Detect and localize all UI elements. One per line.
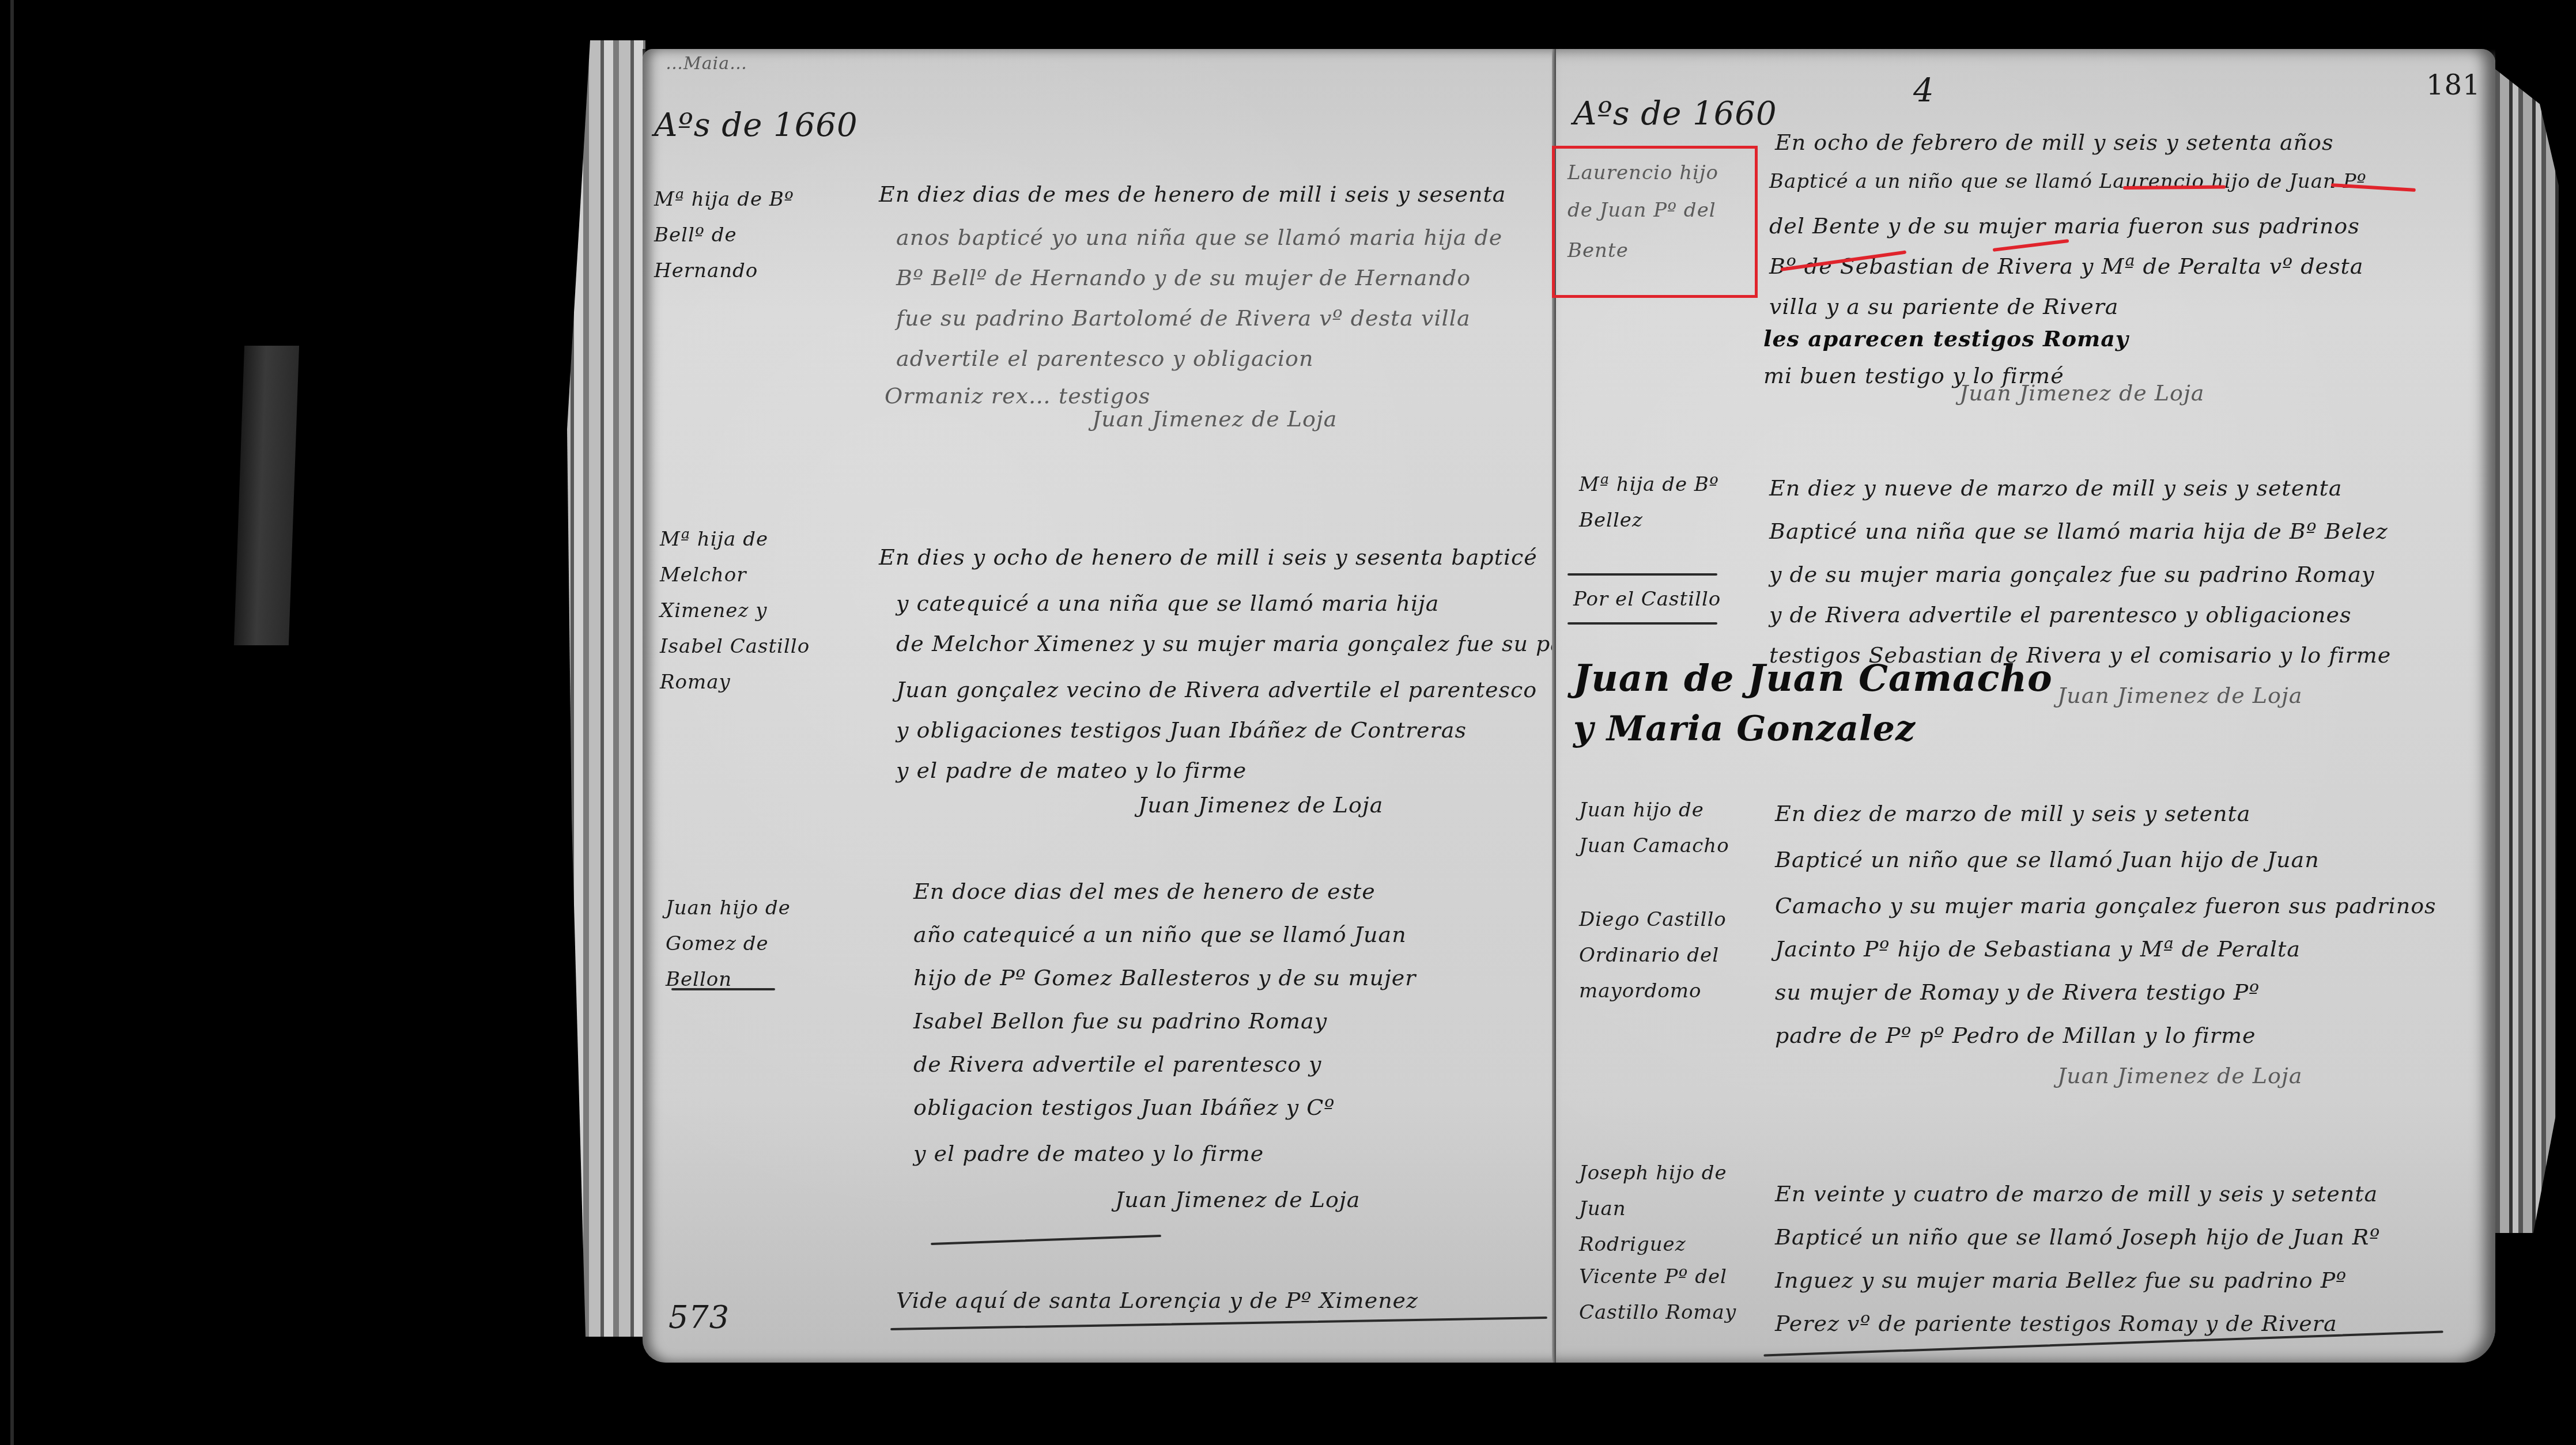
entry-line: de Rivera advertile el parentesco y <box>913 1051 1322 1077</box>
entry-line: y catequicé a una niña que se llamó mari… <box>896 591 1440 616</box>
top-edge-scrawl: …Maia… <box>666 54 747 74</box>
entry-heading: Juan de Juan Camacho <box>1573 657 2053 700</box>
entry-line: Inguez y su mujer maria Bellez fue su pa… <box>1775 1268 2347 1293</box>
entry-line: villa y a su pariente de Rivera <box>1769 294 2119 319</box>
margin-note: Juan hijo de Gomez de Bellon <box>666 890 815 997</box>
bottom-note: Vide aquí de santa Lorençia y de Pº Xime… <box>896 1288 1418 1313</box>
top-mark: 4 <box>1913 72 1935 109</box>
entry-line: En dies y ocho de henero de mill i seis … <box>879 544 1538 570</box>
year-heading: Aºs de 1660 <box>654 107 858 144</box>
entry-line: En doce dias del mes de henero de este <box>913 879 1376 904</box>
signature: Juan Jimenez de Loja <box>2057 683 2302 708</box>
scanner-edge-stripe <box>10 0 14 1445</box>
right-page-edges <box>2495 69 2559 1233</box>
highlight-box <box>1552 146 1758 298</box>
side-label: Vicente Pº del Castillo Romay <box>1579 1259 1752 1330</box>
entry-line: del Bente y de su mujer maria fueron sus… <box>1769 213 2360 239</box>
entry-line: Ormaniz rex… testigos <box>885 383 1150 408</box>
entry-line: les aparecen testigos Romay <box>1763 326 2129 351</box>
entry-line: y obligaciones testigos Juan Ibáñez de C… <box>896 717 1467 743</box>
margin-note: Mª hija de Melchor Ximenez y Isabel Cast… <box>660 521 821 700</box>
margin-rule <box>1567 622 1717 625</box>
entry-line: y el padre de mateo y lo firme <box>913 1141 1264 1166</box>
entry-line: Juan gonçalez vecino de Rivera advertile… <box>896 677 1537 702</box>
signature: Juan Jimenez de Loja <box>1115 1187 1360 1212</box>
entry-line: advertile el parentesco y obligacion <box>896 346 1313 371</box>
entry-line: En diez y nueve de marzo de mill y seis … <box>1769 475 2343 501</box>
entry-line: y de Rivera advertile el parentesco y ob… <box>1769 602 2351 627</box>
entry-heading: y Maria Gonzalez <box>1573 709 1916 749</box>
entry-line: obligacion testigos Juan Ibáñez y Cº <box>913 1095 1335 1120</box>
entry-line: Camacho y su mujer maria gonçalez fueron… <box>1775 893 2437 918</box>
signature: Juan Jimenez de Loja <box>1959 380 2204 406</box>
margin-note: Mª hija de Bº Bellez <box>1579 467 1740 538</box>
entry-line: En diez de marzo de mill y seis y setent… <box>1775 801 2251 826</box>
signature: Juan Jimenez de Loja <box>2057 1063 2302 1088</box>
entry-line: Bapticé un niño que se llamó Joseph hijo… <box>1775 1224 2380 1250</box>
entry-line: su mujer de Romay y de Rivera testigo Pº <box>1775 979 2260 1005</box>
bottom-rule <box>890 1317 1547 1330</box>
entry-line: Bº Bellº de Hernando y de su mujer de He… <box>896 265 1471 290</box>
signature: Juan Jimenez de Loja <box>1092 406 1337 432</box>
year-heading: Aºs de 1660 <box>1573 95 1777 133</box>
left-page: …Maia… Aºs de 1660 Mª hija de Bº Bellº d… <box>643 49 1556 1363</box>
entry-line: En ocho de febrero de mill y seis y sete… <box>1775 130 2333 155</box>
left-page-edges <box>553 40 645 1337</box>
entry-line: Jacinto Pº hijo de Sebastiana y Mª de Pe… <box>1775 936 2301 962</box>
entry-line: año catequicé a un niño que se llamó Jua… <box>913 922 1407 947</box>
entry-line: Bapticé un niño que se llamó Juan hijo d… <box>1775 847 2320 872</box>
side-label: Diego Castillo Ordinario del mayordomo <box>1579 902 1752 1009</box>
signature-flourish <box>931 1235 1161 1245</box>
entry-line: Perez vº de pariente testigos Romay y de… <box>1775 1311 2337 1336</box>
entry-line: padre de Pº pº Pedro de Millan y lo firm… <box>1775 1023 2256 1048</box>
entry-line: En diez dias de mes de henero de mill i … <box>879 181 1506 207</box>
entry-line: anos bapticé yo una niña que se llamó ma… <box>896 225 1502 250</box>
margin-note: Mª hija de Bº Bellº de Hernando <box>654 181 827 289</box>
side-label: Por el Castillo <box>1573 588 1721 611</box>
entry-line: de Melchor Ximenez y su mujer maria gonç… <box>896 631 1626 656</box>
entry-line: y el padre de mateo y lo firme <box>896 758 1247 783</box>
entry-line: Bapticé una niña que se llamó maria hija… <box>1769 519 2388 544</box>
margin-note: Juan hijo de Juan Camacho <box>1579 792 1740 864</box>
entry-line: fue su padrino Bartolomé de Rivera vº de… <box>896 305 1471 331</box>
margin-flourish <box>671 988 775 990</box>
entry-line: Isabel Bellon fue su padrino Romay <box>913 1008 1327 1034</box>
entry-line: hijo de Pº Gomez Ballesteros y de su muj… <box>913 965 1416 990</box>
entry-line: En veinte y cuatro de marzo de mill y se… <box>1775 1181 2378 1206</box>
page-number: 181 <box>2426 69 2481 101</box>
entry-line: y de su mujer maria gonçalez fue su padr… <box>1769 562 2374 587</box>
margin-rule <box>1567 573 1717 576</box>
entry-line: Bapticé a un niño que se llamó Laurencio… <box>1769 170 2367 193</box>
margin-note: Joseph hijo de Juan Rodriguez <box>1579 1155 1729 1262</box>
signature: Juan Jimenez de Loja <box>1138 792 1383 818</box>
cloth-fragment <box>234 346 299 645</box>
bottom-margin-mark: 573 <box>668 1299 730 1336</box>
